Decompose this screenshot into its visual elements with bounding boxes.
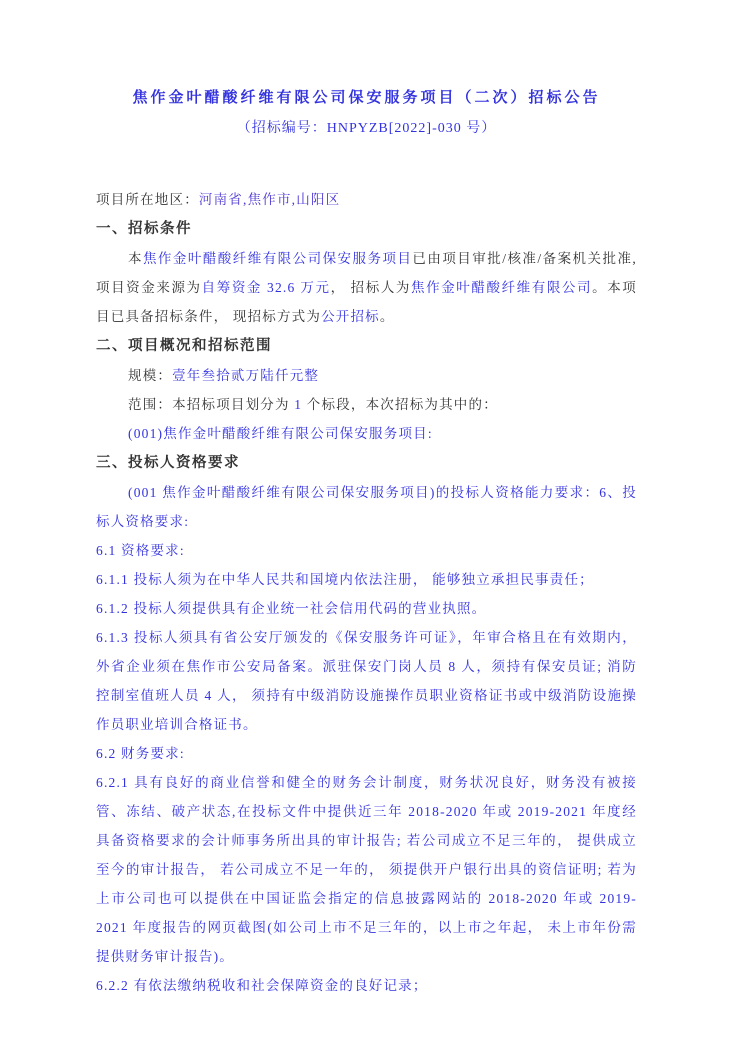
- paragraph: (001)焦作金叶醋酸纤维有限公司保安服务项目:: [96, 419, 637, 448]
- document-body: 一、招标条件本焦作金叶醋酸纤维有限公司保安服务项目已由项目审批/核准/备案机关批…: [96, 214, 637, 1000]
- meta-line: 项目所在地区：河南省,焦作市,山阳区: [96, 185, 637, 214]
- text-segment: 公开招标: [321, 309, 380, 324]
- paragraph: (001 焦作金叶醋酸纤维有限公司保安服务项目)的投标人资格能力要求：6、投标人…: [96, 478, 637, 536]
- text-segment: (001)焦作金叶醋酸纤维有限公司保安服务项目:: [128, 426, 433, 441]
- section-heading: 一、招标条件: [96, 214, 637, 244]
- text-segment: 焦作金叶醋酸纤维有限公司保安服务项目: [143, 251, 412, 266]
- text-segment: 6.1 资格要求:: [96, 543, 185, 558]
- text-segment: (001 焦作金叶醋酸纤维有限公司保安服务项目)的投标人资格能力要求：6、投标人…: [96, 485, 637, 529]
- section-heading: 二、项目概况和招标范围: [96, 331, 637, 361]
- text-segment: 6.2 财务要求:: [96, 746, 185, 761]
- text-segment: 6.1.2 投标人须提供具有企业统一社会信用代码的营业执照。: [96, 601, 486, 616]
- paragraph: 6.2 财务要求:: [96, 739, 637, 768]
- text-segment: 焦作金叶醋酸纤维有限公司: [411, 280, 592, 295]
- text-segment: 6.1.3 投标人须具有省公安厅颁发的《保安服务许可证》，年审合格且在有效期内，…: [96, 630, 637, 732]
- text-segment: ， 招标人为: [331, 280, 411, 295]
- meta-label: 项目所在地区：: [96, 192, 199, 207]
- paragraph: 6.1 资格要求:: [96, 536, 637, 565]
- paragraph: 6.1.3 投标人须具有省公安厅颁发的《保安服务许可证》，年审合格且在有效期内，…: [96, 623, 637, 739]
- paragraph: 6.2.1 具有良好的商业信誉和健全的财务会计制度，财务状况良好，财务没有被接管…: [96, 768, 637, 971]
- doc-subtitle: （招标编号：HNPYZB[2022]-030 号）: [96, 119, 637, 139]
- meta-value: 河南省,焦作市,山阳区: [199, 192, 340, 207]
- section-heading: 三、投标人资格要求: [96, 448, 637, 478]
- text-segment: 个标段，本次招标为其中的：: [302, 397, 498, 412]
- paragraph: 规模：壹年叁拾贰万陆仟元整: [96, 361, 637, 390]
- paragraph: 6.2.2 有依法缴纳税收和社会保障资金的良好记录；: [96, 971, 637, 1000]
- text-segment: 。: [380, 309, 395, 324]
- text-segment: 本: [128, 251, 143, 266]
- paragraph: 6.1.1 投标人须为在中华人民共和国境内依法注册， 能够独立承担民事责任；: [96, 565, 637, 594]
- text-segment: 自筹资金 32.6 万元: [202, 280, 331, 295]
- text-segment: 6.2.2 有依法缴纳税收和社会保障资金的良好记录；: [96, 978, 428, 993]
- text-segment: 壹年叁拾贰万陆仟元整: [172, 368, 319, 383]
- text-segment: 范围：本招标项目划分为: [128, 397, 294, 412]
- text-segment: 6.2.1 具有良好的商业信誉和健全的财务会计制度，财务状况良好，财务没有被接管…: [96, 775, 637, 964]
- document-page: 焦作金叶醋酸纤维有限公司保安服务项目（二次）招标公告 （招标编号：HNPYZB[…: [0, 0, 733, 1050]
- paragraph: 范围：本招标项目划分为 1 个标段，本次招标为其中的：: [96, 390, 637, 419]
- paragraph: 6.1.2 投标人须提供具有企业统一社会信用代码的营业执照。: [96, 594, 637, 623]
- doc-title: 焦作金叶醋酸纤维有限公司保安服务项目（二次）招标公告: [96, 86, 637, 110]
- text-segment: 规模：: [128, 368, 172, 383]
- paragraph: 本焦作金叶醋酸纤维有限公司保安服务项目已由项目审批/核准/备案机关批准,项目资金…: [96, 244, 637, 331]
- text-segment: 6.1.1 投标人须为在中华人民共和国境内依法注册， 能够独立承担民事责任；: [96, 572, 594, 587]
